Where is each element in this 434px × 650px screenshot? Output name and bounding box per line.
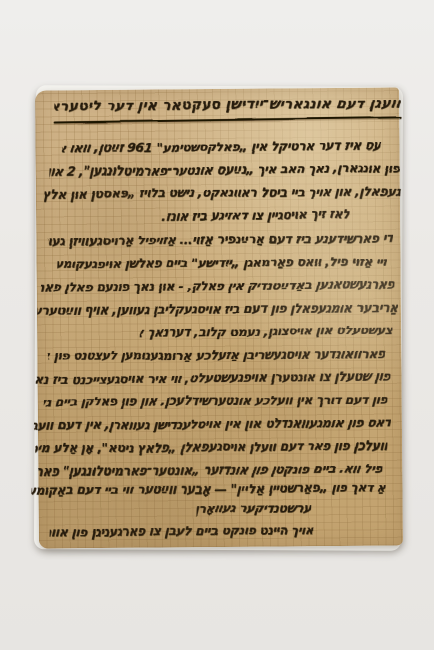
handwriting-line: פון אונגארן, נאך האב איך „נײַעס אונטער־פ… xyxy=(49,158,400,182)
handwriting-line: עס איז דער ארטיקל אין „פאלקסשטימע" 169 ז… xyxy=(62,136,381,160)
handwriting-line: ערשטנדיקער געוואָרן. xyxy=(196,498,311,520)
handwriting-line: לאז זיך אויסגיין צו דאזיגע ביז אונז. xyxy=(135,205,350,228)
manuscript-page: וועגן דעם אונגאריש־ייִדישן סעקטאר אין דע… xyxy=(35,87,403,548)
photograph-background: וועגן דעם אונגאריש־ייִדישן סעקטאר אין דע… xyxy=(0,0,434,650)
handwriting-line: פארגעשטאנען באַדײַטנדיק אין פאלק, - און … xyxy=(40,274,395,298)
handwriting-line: געפאלן, און אויך ביי ביסל ראוונאקט, נישט… xyxy=(44,181,401,205)
handwriting-line: זיי אַזוי פיל, וואס פאַרמאגן „ייִדישע" ב… xyxy=(57,252,388,276)
handwriting-layer: וועגן דעם אונגאריש־ייִדישן סעקטאר אין דע… xyxy=(27,87,411,548)
handwriting-line: די פארשידענע ביז דעם אַרײַנפיר אַזוי... … xyxy=(48,228,393,252)
handwriting-line: אַ דאך פון „פאַרשטיין אַלײן" — אָבער ווײ… xyxy=(31,478,386,502)
handwriting-line: אויך היינט פונקט ביים לעבן צו פארגעניגן … xyxy=(49,520,314,543)
handwriting-line: פון דעם דורך אין וועלכע אונטערשידלעכן. א… xyxy=(43,390,388,414)
handwriting-line: פארוואונדער אויסגעשריבן אַזעלכע אַרומגענ… xyxy=(47,344,386,368)
handwriting-line: אַריבער אומגעפאלן פון דעם ביז אויסגעקליב… xyxy=(37,297,398,321)
handwriting-line: פון שטעלן צו אונטערן אויפגעשטעלט, ווי אי… xyxy=(36,367,391,391)
handwriting-line: דאס פון אומגעוואנדלט און אין אויסלענדישן… xyxy=(34,413,391,437)
handwriting-line: צעשטעלט און אויסצוגן, נעמט קלוב, דערנאך … xyxy=(140,320,393,343)
handwriting-line: וועלכן פון פאר דעם וועלן אויסגעפאלן „פלא… xyxy=(35,436,388,460)
